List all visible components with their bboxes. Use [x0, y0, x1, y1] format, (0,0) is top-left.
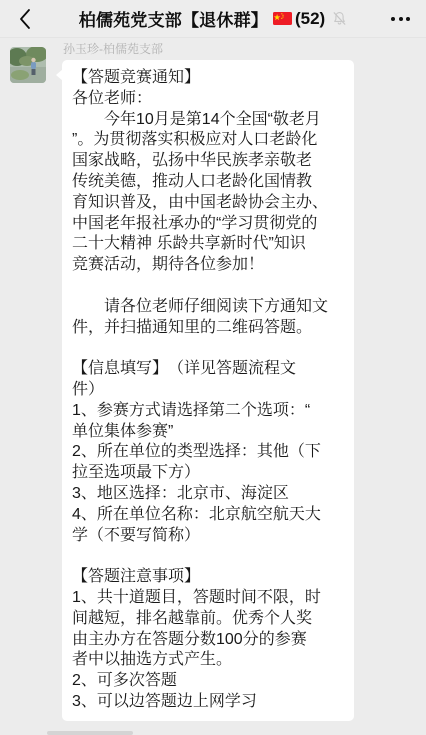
- sender-name: 孙玉珍-柏儒苑支部: [63, 42, 354, 56]
- message-bubble[interactable]: 【答题竞赛通知】 各位老师： 今年10月是第14个全国“敬老月 ”。为贯彻落实积…: [62, 60, 354, 721]
- group-title-text: 柏儒苑党支部【退休群】: [79, 6, 268, 31]
- group-title: 柏儒苑党支部【退休群】 (52): [79, 6, 347, 31]
- member-count: (52): [295, 9, 325, 29]
- next-message-partial: [47, 731, 133, 735]
- chevron-left-icon: [19, 8, 31, 30]
- back-button[interactable]: [8, 0, 42, 38]
- chat-message-list[interactable]: 孙玉珍-柏儒苑支部 【答题竞赛通知】 各位老师： 今年10月是第14个全国“敬老…: [0, 38, 426, 735]
- ellipsis-icon: [391, 17, 395, 21]
- message-column: 孙玉珍-柏儒苑支部 【答题竞赛通知】 各位老师： 今年10月是第14个全国“敬老…: [62, 42, 354, 721]
- nav-header: 柏儒苑党支部【退休群】 (52): [0, 0, 426, 38]
- china-flag-icon: [273, 12, 292, 25]
- mute-bell-icon: [332, 11, 347, 26]
- more-button[interactable]: [387, 0, 414, 38]
- message-text: 【答题竞赛通知】 各位老师： 今年10月是第14个全国“敬老月 ”。为贯彻落实积…: [72, 68, 344, 713]
- bubble-tail: [56, 69, 63, 81]
- message-row: 孙玉珍-柏儒苑支部 【答题竞赛通知】 各位老师： 今年10月是第14个全国“敬老…: [0, 42, 426, 721]
- wechat-group-chat-screen: 柏儒苑党支部【退休群】 (52): [0, 0, 426, 735]
- avatar[interactable]: [10, 47, 46, 83]
